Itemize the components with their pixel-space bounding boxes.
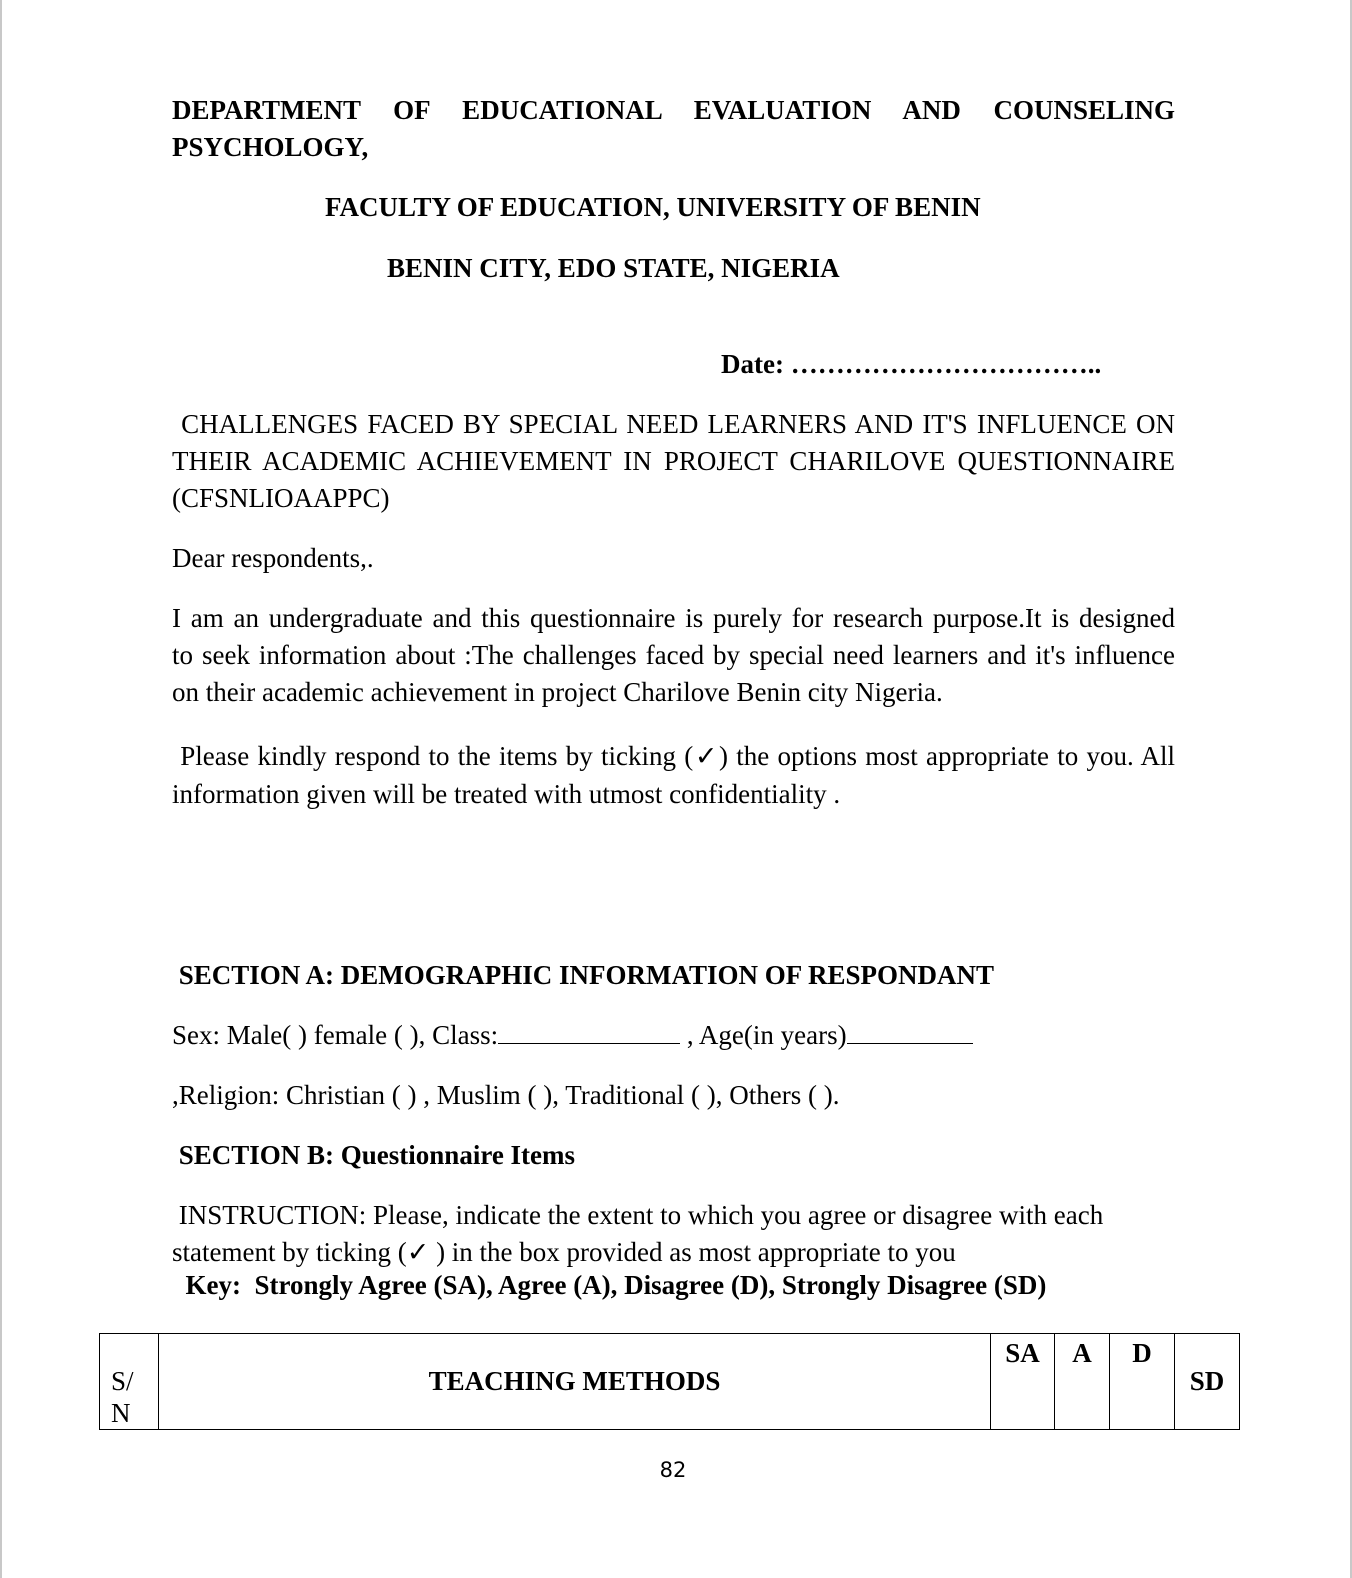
questionnaire-title-line3: (CFSNLIOAAPPC) bbox=[172, 480, 390, 517]
date-label: Date: bbox=[721, 349, 784, 379]
age-label: , Age(in years) bbox=[680, 1020, 846, 1050]
questionnaire-title-line2: THEIR ACADEMIC ACHIEVEMENT IN PROJECT CH… bbox=[172, 443, 1175, 480]
sd-header: SD bbox=[1175, 1334, 1240, 1430]
intro-line2: to seek information about :The challenge… bbox=[172, 637, 1175, 674]
department-heading-line2: PSYCHOLOGY, bbox=[172, 129, 368, 166]
salutation: Dear respondents,. bbox=[172, 540, 374, 577]
department-heading-line1: DEPARTMENT OF EDUCATIONAL EVALUATION AND… bbox=[172, 92, 1175, 129]
d-header: D bbox=[1110, 1334, 1175, 1430]
religion-line: ,Religion: Christian ( ) , Muslim ( ), T… bbox=[172, 1077, 839, 1114]
sex-label: Sex: Male( ) female ( ), Class: bbox=[172, 1020, 498, 1050]
instruction-line1: INSTRUCTION: Please, indicate the extent… bbox=[172, 1197, 1103, 1234]
section-b-heading: SECTION B: Questionnaire Items bbox=[172, 1137, 575, 1174]
table-header-row: S/ N TEACHING METHODS SA A D SD bbox=[100, 1334, 1240, 1430]
faculty-heading: FACULTY OF EDUCATION, UNIVERSITY OF BENI… bbox=[325, 189, 981, 226]
instruction-line2: statement by ticking (✓ ) in the box pro… bbox=[172, 1234, 956, 1271]
section-a-heading: SECTION A: DEMOGRAPHIC INFORMATION OF RE… bbox=[172, 957, 994, 994]
questionnaire-table: S/ N TEACHING METHODS SA A D SD bbox=[99, 1333, 1240, 1430]
request-line2: information given will be treated with u… bbox=[172, 776, 840, 813]
page-number: 82 bbox=[2, 1456, 1344, 1484]
sn-header-line2: N bbox=[111, 1397, 158, 1429]
intro-line1: I am an undergraduate and this questionn… bbox=[172, 600, 1175, 637]
document-page: DEPARTMENT OF EDUCATIONAL EVALUATION AND… bbox=[0, 0, 1352, 1578]
sa-header: SA bbox=[991, 1334, 1055, 1430]
sex-class-age-line: Sex: Male( ) female ( ), Class: , Age(in… bbox=[172, 1017, 973, 1054]
location-heading: BENIN CITY, EDO STATE, NIGERIA bbox=[387, 250, 840, 287]
questionnaire-title-line1: CHALLENGES FACED BY SPECIAL NEED LEARNER… bbox=[172, 406, 1175, 443]
response-key: Key: Strongly Agree (SA), Agree (A), Dis… bbox=[172, 1267, 1046, 1304]
a-header: A bbox=[1055, 1334, 1110, 1430]
age-field[interactable] bbox=[847, 1021, 973, 1044]
sn-header: S/ N bbox=[100, 1334, 159, 1430]
request-line1: Please kindly respond to the items by ti… bbox=[172, 738, 1175, 775]
date-blank: …………………………….. bbox=[791, 349, 1102, 379]
sn-header-line1: S/ bbox=[111, 1365, 158, 1397]
class-field[interactable] bbox=[498, 1021, 680, 1044]
date-field: Date: …………………………….. bbox=[721, 346, 1101, 383]
intro-line3: on their academic achievement in project… bbox=[172, 674, 943, 711]
teaching-methods-header: TEACHING METHODS bbox=[159, 1334, 991, 1430]
